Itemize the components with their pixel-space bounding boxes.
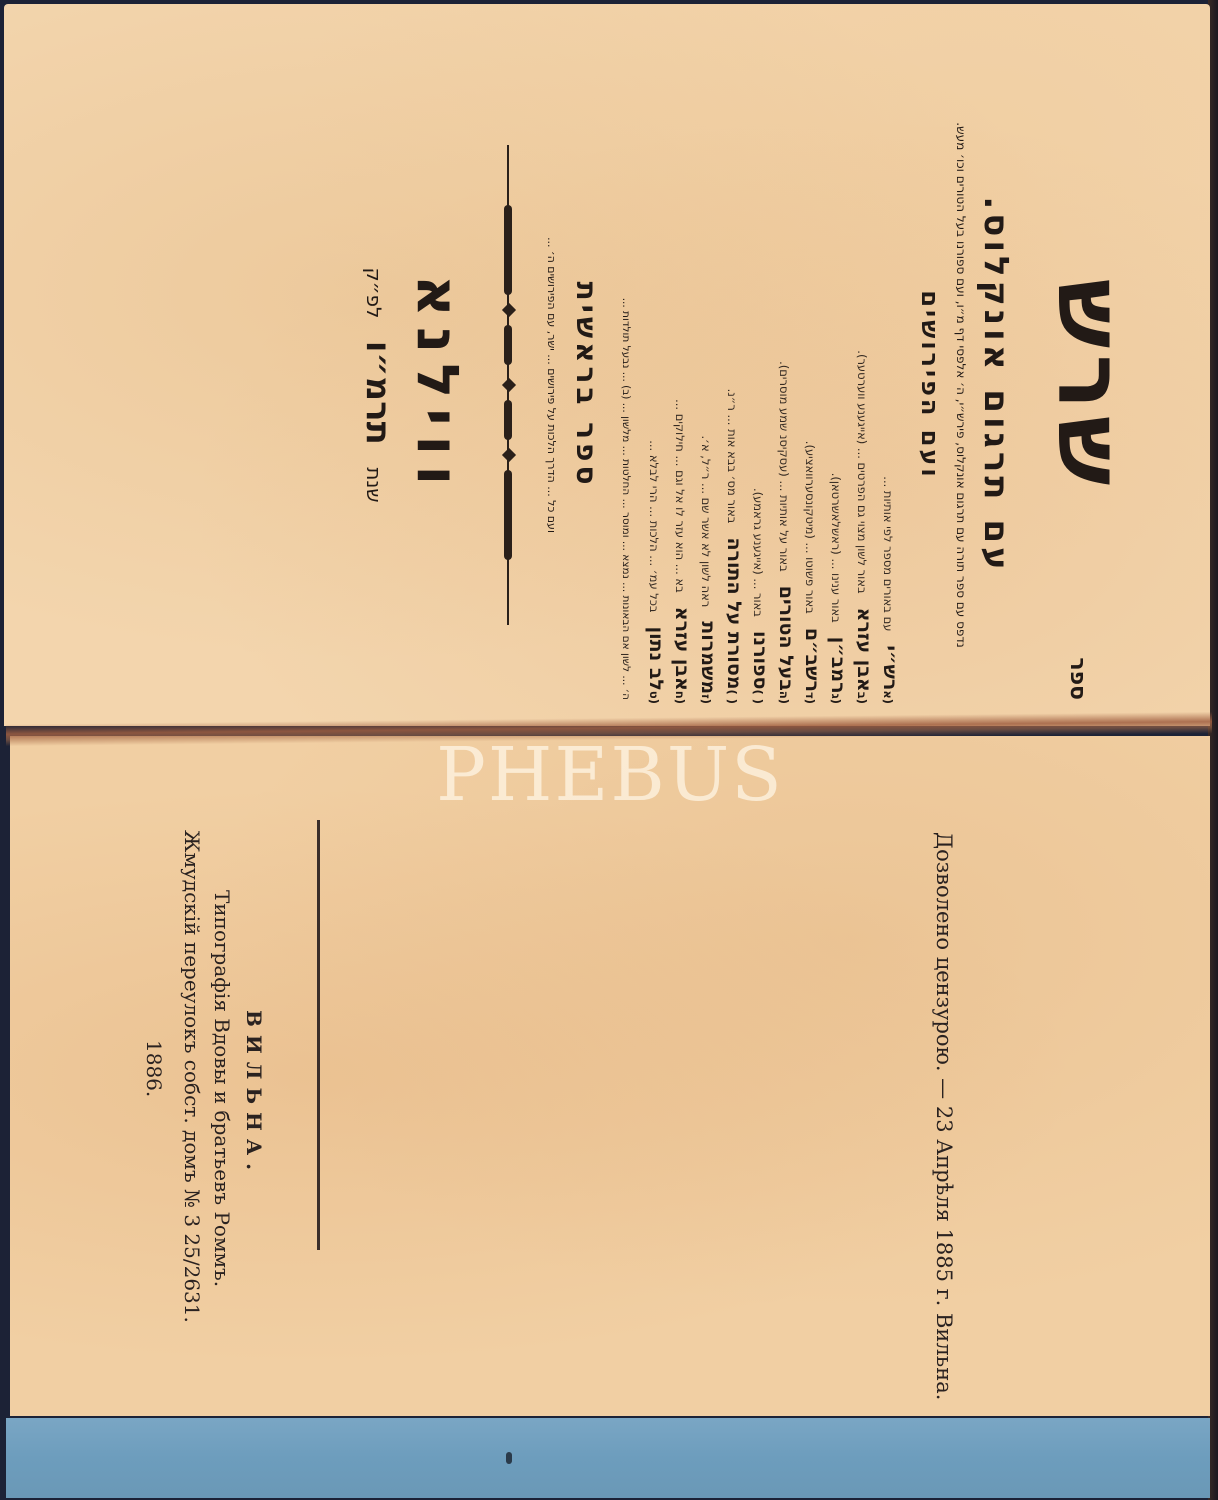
item-number: ( ) [751, 689, 765, 704]
year-value: תרמ״ו [358, 341, 398, 445]
hebrew-title-block: ספר שרש עם תרגום אונקלוס. נדפס עם ספר תו… [30, 40, 1150, 730]
commentary-name: רמב״ן [827, 637, 849, 694]
book-subtitle: עם תרגום אונקלוס. [976, 40, 1016, 730]
print-year: 1886. [142, 1040, 166, 1097]
printer-name: Типографія Вдовы и братьевъ Роммъ. [210, 890, 234, 1287]
russian-imprint-block: Дозволено цензурою. — 23 Апрѣля 1885 г. … [136, 820, 956, 1340]
censorship-approval: Дозволено цензурою. — 23 Апрѣля 1885 г. … [932, 832, 956, 1400]
imprint-city: ווילנא [404, 40, 472, 730]
commentary-desc: באור פשוטו ... (מיטקונסערוואציע). [803, 441, 817, 614]
commentary-name: משמרות [697, 621, 719, 694]
item-number: (ט [647, 691, 661, 704]
commentary-item: (חאבן עזראבא ... הוא עזר לו אל וגם ... ח… [668, 50, 694, 704]
book-title: שרש [1044, 40, 1136, 730]
commentary-list: (ארש״יעם באורים מספר לפי אותיות ... (באב… [642, 50, 902, 704]
commentary-item: (הבעל הטוריםבאור על אותיות ... (עסקיסנ ש… [772, 50, 798, 704]
commentary-name: אבן עזרא [671, 607, 693, 691]
item-number: (ג [829, 694, 843, 704]
item-number: ( ) [725, 689, 739, 704]
commentary-item: (באבן עזראבאור לשון מצוי גם הפרטים ... (… [850, 50, 876, 704]
commentary-desc: באור על אותיות ... (עסקיסנ שמע מוסרים). [777, 361, 791, 572]
commentary-name: רשב״ם [801, 628, 823, 692]
commentary-item: (טלב נתוןבכל עמ׳ ... הלכות ... הרי לבלא … [642, 50, 668, 704]
commentary-name: לב נתון [645, 627, 667, 691]
commentary-desc: בא ... הוא עזר לו אל וגם ... חילוקים ... [673, 399, 687, 593]
commentary-item: (זמשמרותראה לשון לא אשר שם ... ר״ל, א׳. [694, 50, 720, 704]
item-number: (ד [803, 692, 817, 704]
commentary-name: מסורת על התורה [723, 537, 745, 689]
printer-city: ВИЛЬНА. [242, 1010, 266, 1178]
footnote-paragraph: ועם כל ... הדרך הלכות על פירושים ... ישר… [540, 60, 562, 710]
watermark: PHEBUS [430, 738, 790, 812]
item-number: (ח [673, 691, 687, 704]
blue-endpaper [6, 1418, 1210, 1498]
commentary-name: בעל הטורים [775, 586, 797, 691]
commentary-item: ( )מסורת על התורהבאור מס׳ בבא אות ... ר״… [720, 50, 746, 704]
ornamental-rule [500, 145, 516, 625]
commentary-item: (דרשב״םבאור פשוטו ... (מיטקונסערוואציע). [798, 50, 824, 704]
commentary-name: רש״י [879, 645, 901, 690]
item-number: (ה [777, 691, 791, 704]
printer-address: Жмудскій переулокъ собст. домъ № 3 25/26… [180, 830, 204, 1323]
commentary-item: (גרמב״ןבאור ענינו ... (ראשלאשרטאן). [824, 50, 850, 704]
commentary-item: (ארש״יעם באורים מספר לפי אותיות ... [876, 50, 902, 704]
printer-rule [317, 820, 320, 1250]
item-number: (ב [855, 692, 869, 704]
item-number: (א [881, 690, 895, 704]
commentary-desc: באור לשון מצוי גם הפרטים ... (אייגענע וו… [855, 350, 869, 593]
commentary-desc: באור ... (אייגענע גראמע). [751, 488, 765, 617]
item-number: (ז [699, 694, 713, 704]
commentary-desc: באור ענינו ... (ראשלאשרטאן). [829, 473, 843, 623]
commentary-desc: באור מס׳ בבא אות ... ר״נ. [725, 389, 739, 524]
printed-with-line: נדפס עם ספר תורה עם תרגום אונקלוס, פירש״… [954, 40, 968, 730]
imprint-year: שנת תרמ״ו לפ״ק [358, 40, 398, 730]
commentary-desc: ראה לשון לא אשר שם ... ר״ל, א׳. [699, 436, 713, 608]
commentary-desc: עם באורים מספר לפי אותיות ... [881, 476, 895, 631]
commentary-desc: בכל עמ׳ ... הלכות ... הרי לבלא ... [647, 440, 661, 612]
with-commentaries-heading: ועם הפירושים [916, 40, 944, 730]
commentary-name: אבן עזרא [853, 608, 875, 692]
year-suffix: לפ״ק [362, 267, 386, 318]
photo-scene: ספר שרש עם תרגום אונקלוס. נדפס עם ספר תו… [0, 0, 1218, 1500]
commentary-item: ( )ספורנובאור ... (אייגענע גראמע). [746, 50, 772, 704]
year-prefix: שנת [362, 467, 386, 502]
section-heading-bereshit: ספר בראשית [570, 40, 603, 730]
commentary-name: ספורנו [749, 631, 771, 690]
sefer-label: ספר [1065, 657, 1090, 700]
notes-paragraph: ה׳ ... לשון אם הבאונות ... נמצא ... ומוס… [615, 60, 636, 700]
endpaper-mark [506, 1452, 512, 1464]
